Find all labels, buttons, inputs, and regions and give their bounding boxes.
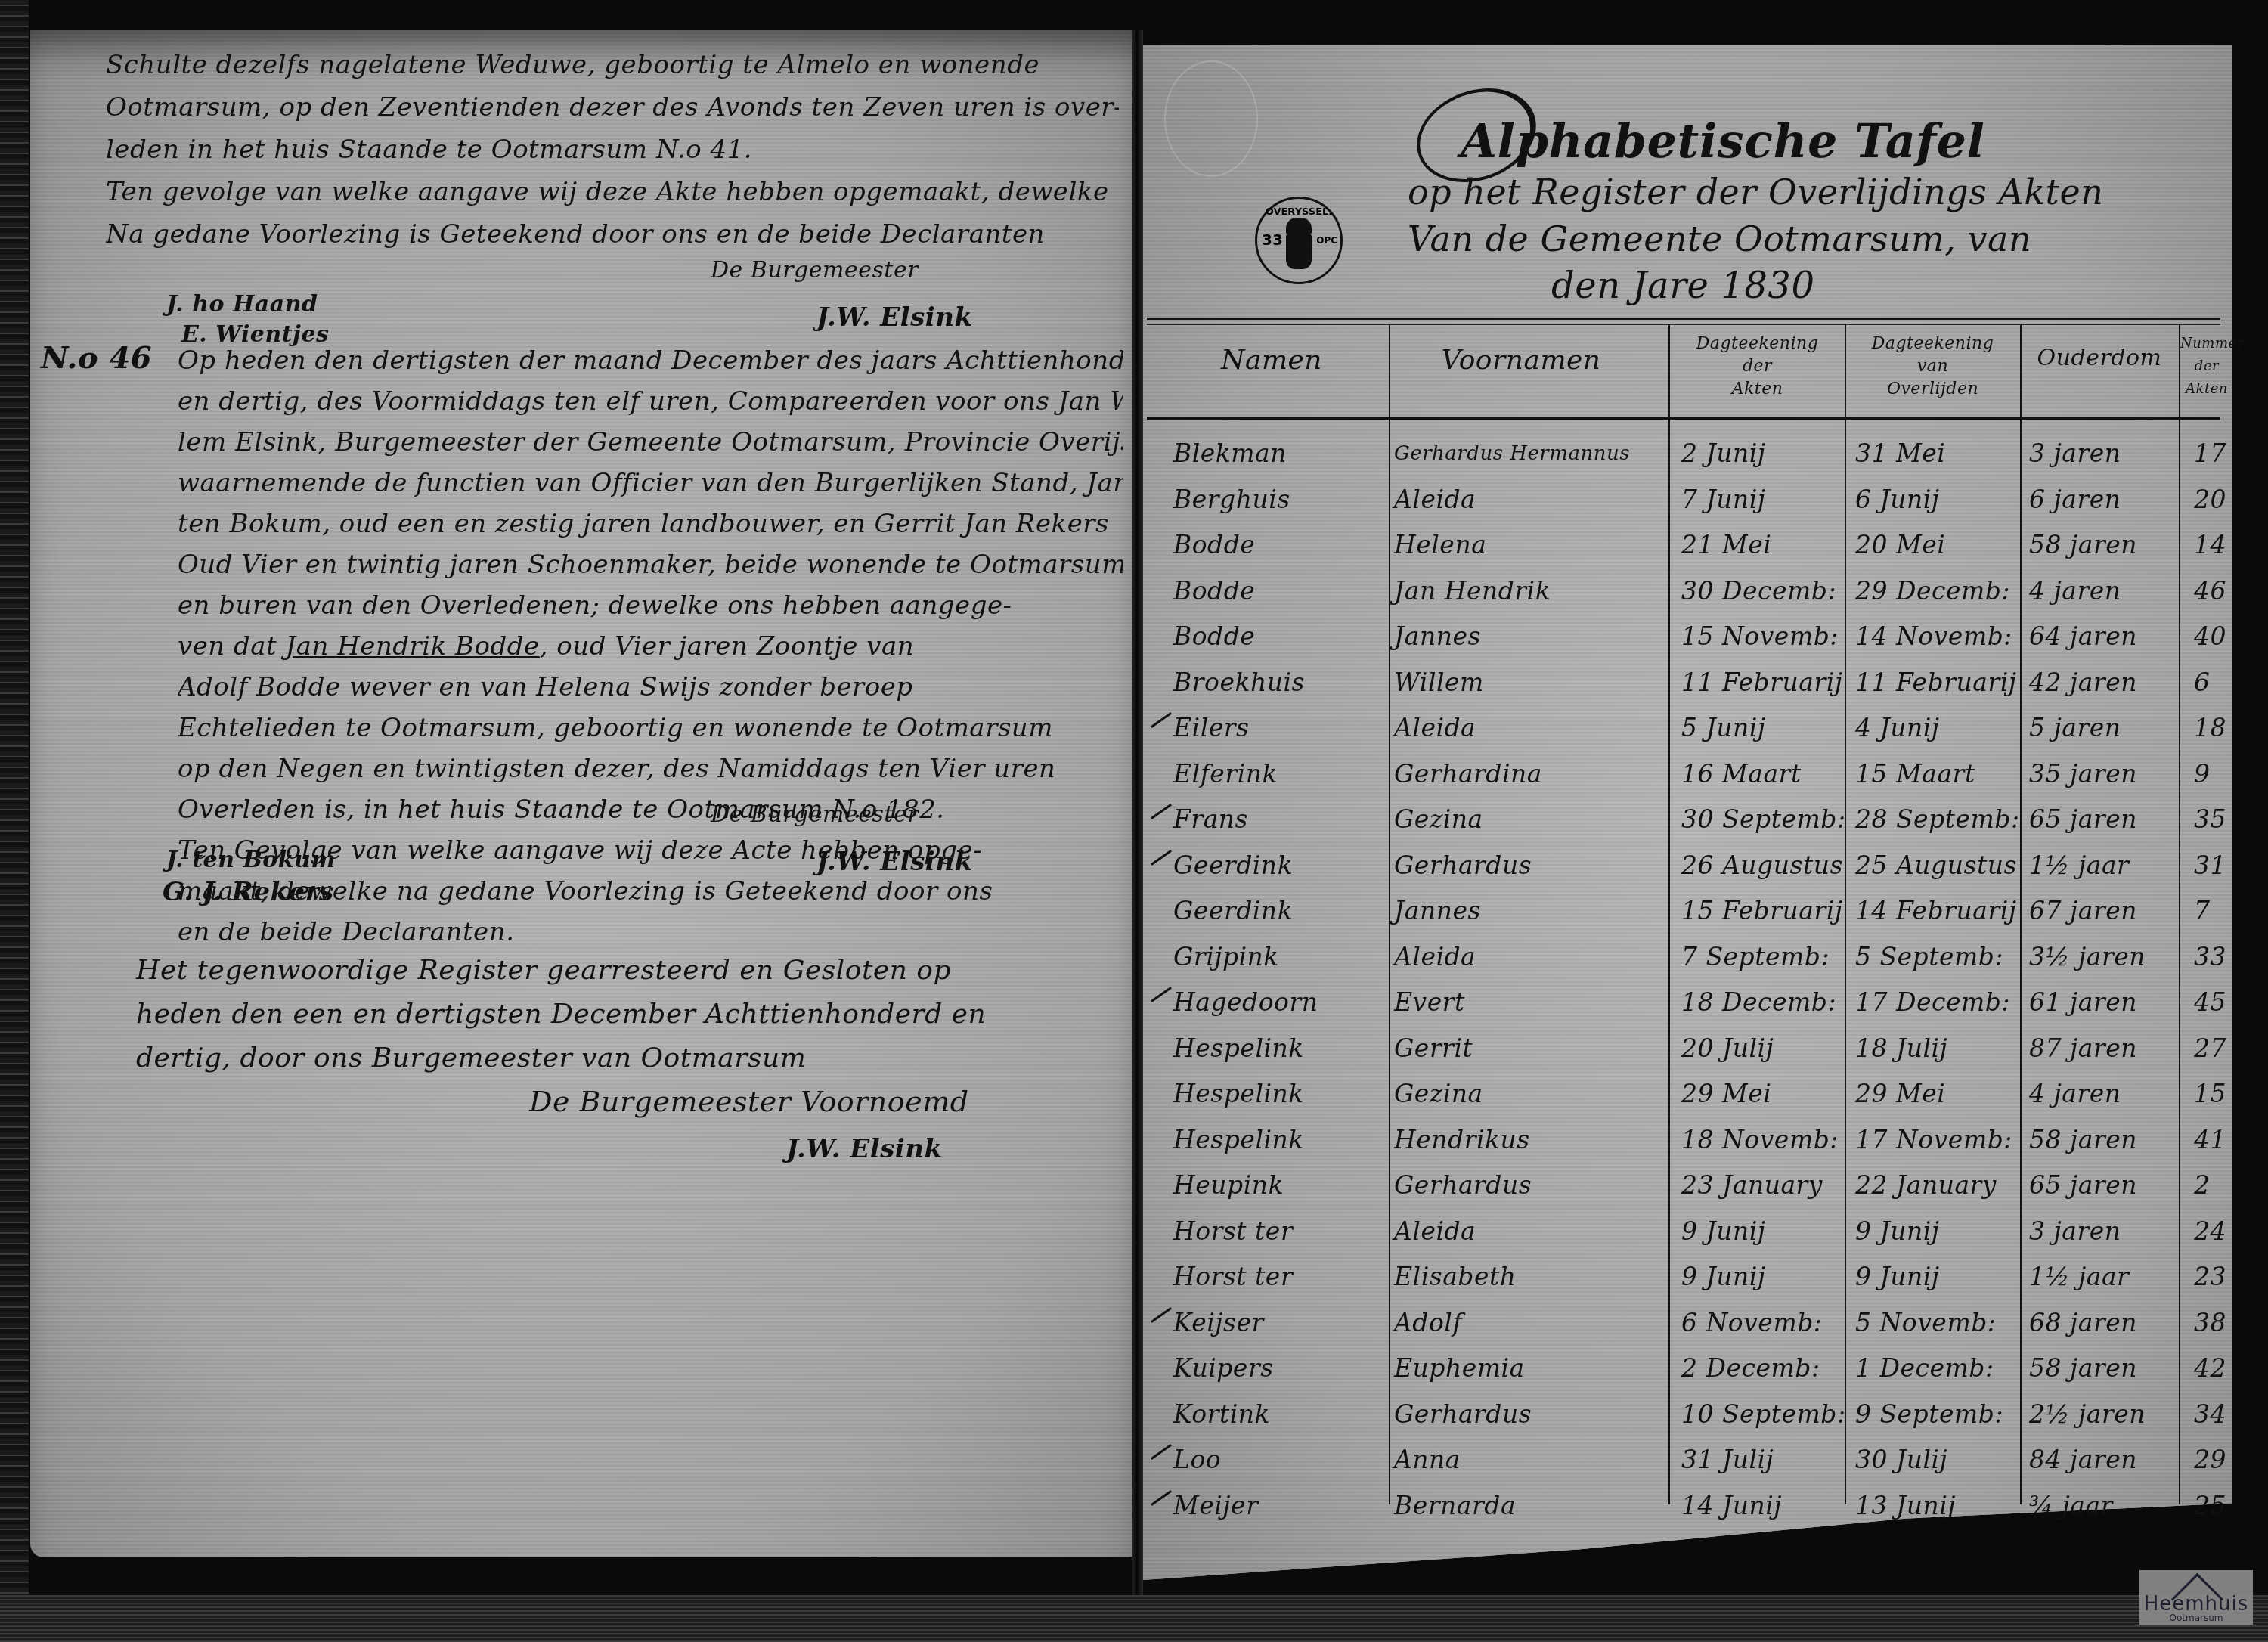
cell-surname: Elferink (1173, 751, 1278, 797)
cell-surname: Bodde (1173, 569, 1255, 614)
index-subtitle: op het Register der Overlijdings Akten (1408, 169, 2201, 215)
index-year: den Jare 1830 (1551, 262, 2201, 309)
cell-first-names: Aleida (1394, 705, 1476, 751)
header-line: van (1848, 355, 2018, 378)
table-row: HagedoornEvert18 Decemb:17 Decemb:61 jar… (1143, 980, 2232, 1025)
cell-first-names: Jannes (1394, 888, 1481, 934)
text-line: leden in het huis Staande te Ootmarsum N… (106, 129, 1119, 171)
cell-surname: Blekman (1173, 431, 1287, 476)
check-mark-icon (1151, 1490, 1172, 1506)
cell-age: 3 jaren (2029, 1209, 2121, 1254)
cell-age: 3½ jaren (2029, 934, 2146, 980)
crown-icon (1286, 218, 1312, 234)
cell-surname: Geerdink (1173, 888, 1293, 934)
cell-first-names: Gezina (1394, 797, 1483, 842)
text-line: ven dat Jan Hendrik Bodde, oud Vier jare… (178, 626, 1123, 667)
cell-deed-date: 11 Februarij (1681, 660, 1843, 705)
check-mark-icon (1151, 850, 1172, 866)
cell-surname: Heupink (1173, 1163, 1284, 1208)
table-row: MeijerBernarda14 Junij13 Junij¾ jaar25 (1143, 1483, 2232, 1529)
table-row: ElferinkGerhardina16 Maart15 Maart35 jar… (1143, 751, 2232, 797)
cell-deed-date: 2 Junij (1681, 431, 1766, 476)
text-line: Ten gevolge van welke aangave wij deze A… (106, 171, 1119, 213)
header-deed-number: Nummer der Akten (2180, 333, 2233, 401)
cell-age: 4 jaren (2029, 1071, 2121, 1117)
text-line: Overleden is, in het huis Staande te Oot… (178, 789, 1123, 830)
watermark-place: Ootmarsum (2139, 1613, 2253, 1623)
cell-first-names: Gerhardina (1394, 751, 1542, 797)
index-subtitle: Van de Gemeente Ootmarsum, van (1408, 215, 2201, 262)
cell-deed-number: 14 (2194, 522, 2226, 568)
header-line: Akten (2180, 378, 2233, 401)
table-row: KeijserAdolf6 Novemb:5 Novemb:68 jaren38 (1143, 1300, 2232, 1346)
cell-deed-number: 33 (2194, 934, 2226, 980)
cell-surname: Bodde (1173, 522, 1255, 568)
text-line: Adolf Bodde wever en van Helena Swijs zo… (178, 667, 1123, 708)
cell-death-date: 31 Mei (1855, 431, 1945, 476)
cell-deed-date: 9 Junij (1681, 1209, 1766, 1254)
cell-deed-date: 29 Mei (1681, 1071, 1771, 1117)
cell-deed-number: 29 (2194, 1437, 2226, 1482)
cell-deed-date: 30 Decemb: (1681, 569, 1836, 614)
table-row: BoddeJannes15 Novemb:14 Novemb:64 jaren4… (1143, 614, 2232, 659)
cell-death-date: 25 Augustus (1855, 843, 2017, 888)
header-line: Dagteekening (1848, 333, 2018, 355)
heemhuis-watermark: Heemhuis Ootmarsum (2139, 1570, 2253, 1625)
cell-surname: Loo (1173, 1437, 1221, 1482)
left-page: Schulte dezelfs nagelatene Weduwe, geboo… (30, 30, 1134, 1557)
cell-deed-number: 9 (2194, 751, 2211, 797)
text-line: Echtelieden te Ootmarsum, geboortig en w… (178, 708, 1123, 748)
text-line: Oud Vier en twintig jaren Schoenmaker, b… (178, 544, 1123, 585)
cell-death-date: 1 Decemb: (1855, 1346, 1994, 1391)
text-line: ten Bokum, oud een en zestig jaren landb… (178, 503, 1123, 544)
text-line: en dertig, des Voormiddags ten elf uren,… (178, 381, 1123, 422)
cell-surname: Horst ter (1173, 1254, 1293, 1300)
cell-death-date: 6 Junij (1855, 477, 1940, 522)
cell-first-names: Hendrikus (1394, 1117, 1530, 1163)
header-line: der (1672, 355, 1842, 378)
cell-first-names: Bernarda (1394, 1483, 1516, 1529)
cell-age: 6 jaren (2029, 477, 2121, 522)
signature-name-2: J.W. Elsink (816, 847, 973, 877)
text-line: op den Negen en twintigsten dezer, des N… (178, 748, 1123, 789)
cell-age: ¾ jaar (2029, 1483, 2113, 1529)
check-mark-icon (1151, 804, 1172, 819)
scan-bottom-edge (0, 1595, 2268, 1642)
cell-age: 58 jaren (2029, 522, 2137, 568)
cell-death-date: 5 Septemb: (1855, 934, 2003, 980)
cell-surname: Eilers (1173, 705, 1249, 751)
cell-first-names: Gezina (1394, 1071, 1483, 1117)
cell-death-date: 29 Mei (1855, 1071, 1945, 1117)
index-table: Namen Voornamen Dagteekening der Akten D… (1143, 318, 2232, 1527)
cell-first-names: Aleida (1394, 477, 1476, 522)
cell-deed-number: 23 (2194, 1254, 2226, 1300)
witness-signature: G. J. Rekers (163, 877, 334, 907)
cell-age: 5 jaren (2029, 705, 2121, 751)
cell-deed-date: 18 Novemb: (1681, 1117, 1839, 1163)
check-mark-icon (1151, 1307, 1172, 1323)
cell-surname: Meijer (1173, 1483, 1258, 1529)
cell-deed-number: 2 (2194, 1163, 2211, 1208)
book-gutter (1132, 30, 1143, 1610)
cell-surname: Horst ter (1173, 1209, 1293, 1254)
cell-first-names: Gerhardus Hermannus (1394, 431, 1630, 476)
cell-deed-number: 31 (2194, 843, 2226, 888)
cell-first-names: Aleida (1394, 1209, 1476, 1254)
header-deed-date: Dagteekening der Akten (1672, 333, 1842, 401)
cell-first-names: Gerhardus (1394, 1392, 1532, 1437)
cell-deed-number: 18 (2194, 705, 2226, 751)
cell-first-names: Jannes (1394, 614, 1481, 659)
cell-death-date: 15 Maart (1855, 751, 1975, 797)
cell-deed-date: 31 Julij (1681, 1437, 1774, 1482)
cell-deed-number: 17 (2194, 431, 2226, 476)
table-rule (1147, 318, 2220, 320)
cell-first-names: Jan Hendrik (1394, 569, 1551, 614)
header-line: Overlijden (1848, 378, 2018, 401)
cell-first-names: Helena (1394, 522, 1486, 568)
cell-age: 65 jaren (2029, 1163, 2137, 1208)
cell-deed-number: 15 (2194, 1071, 2226, 1117)
scan-edge (0, 0, 29, 1642)
text-line: heden den een en dertigsten December Ach… (136, 993, 1134, 1036)
table-row: BoddeJan Hendrik30 Decemb:29 Decemb:4 ja… (1143, 569, 2232, 614)
header-line: der (2180, 355, 2233, 378)
table-row: KuipersEuphemia2 Decemb:1 Decemb:58 jare… (1143, 1346, 2232, 1391)
cell-deed-date: 26 Augustus (1681, 843, 1843, 888)
header-ouderdom: Ouderdom (2024, 345, 2175, 371)
table-row: HeupinkGerhardus23 January22 January65 j… (1143, 1163, 2232, 1208)
cell-age: 1½ jaar (2029, 1254, 2129, 1300)
cell-surname: Berghuis (1173, 477, 1290, 522)
cell-deed-number: 38 (2194, 1300, 2226, 1346)
header-voornamen: Voornamen (1393, 345, 1650, 376)
cell-surname: Hespelink (1173, 1117, 1304, 1163)
cell-age: 35 jaren (2029, 751, 2137, 797)
cell-age: 3 jaren (2029, 431, 2121, 476)
cell-death-date: 11 Februarij (1855, 660, 2017, 705)
cell-death-date: 29 Decemb: (1855, 569, 2010, 614)
cell-first-names: Gerhardus (1394, 1163, 1532, 1208)
table-row: BoddeHelena21 Mei20 Mei58 jaren14 (1143, 522, 2232, 568)
cell-deed-date: 9 Junij (1681, 1254, 1766, 1300)
index-title-block: Alphabetische Tafel op het Register der … (1234, 113, 2201, 309)
cell-death-date: 30 Julij (1855, 1437, 1947, 1482)
table-row: HespelinkGezina29 Mei29 Mei4 jaren15 (1143, 1071, 2232, 1117)
cell-death-date: 9 Junij (1855, 1209, 1940, 1254)
cell-surname: Grijpink (1173, 934, 1279, 980)
text-fragment: ven dat (178, 631, 286, 661)
cell-surname: Broekhuis (1173, 660, 1305, 705)
cell-first-names: Evert (1394, 980, 1465, 1025)
text-line: Ootmarsum, op den Zeventienden dezer des… (106, 86, 1119, 129)
cell-death-date: 13 Junij (1855, 1483, 1956, 1529)
cell-age: 58 jaren (2029, 1117, 2137, 1163)
cell-deed-date: 21 Mei (1681, 522, 1771, 568)
cell-first-names: Euphemia (1394, 1346, 1525, 1391)
header-line: Nummer (2180, 333, 2233, 355)
witness-signature: J. ho Haand (166, 291, 318, 318)
cell-age: 61 jaren (2029, 980, 2137, 1025)
text-line: Op heden den dertigsten der maand Decemb… (178, 340, 1123, 381)
cell-first-names: Anna (1394, 1437, 1461, 1482)
table-row: GeerdinkJannes15 Februarij14 Februarij67… (1143, 888, 2232, 934)
cell-first-names: Willem (1394, 660, 1484, 705)
continuation-text: Schulte dezelfs nagelatene Weduwe, geboo… (106, 44, 1119, 256)
cell-first-names: Elisabeth (1394, 1254, 1516, 1300)
header-rule (1147, 417, 2220, 420)
table-rule (1147, 324, 2220, 325)
cell-deed-number: 20 (2194, 477, 2226, 522)
text-line: Het tegenwoordige Register gearresteerd … (136, 949, 1134, 993)
cell-surname: Kuipers (1173, 1346, 1274, 1391)
cell-deed-number: 41 (2194, 1117, 2226, 1163)
closing-signature-title: De Burgemeester Voornoemd (529, 1085, 969, 1118)
cell-deed-date: 18 Decemb: (1681, 980, 1836, 1025)
cell-age: 67 jaren (2029, 888, 2137, 934)
table-row: LooAnna31 Julij30 Julij84 jaren29 (1143, 1437, 2232, 1482)
cell-age: 1½ jaar (2029, 843, 2129, 888)
cell-deed-date: 15 Novemb: (1681, 614, 1839, 659)
act-number: N.o 46 (41, 340, 152, 376)
cell-age: 68 jaren (2029, 1300, 2137, 1346)
stamp-value: 33 (1262, 231, 1283, 249)
text-line: en de beide Declaranten. (178, 912, 1123, 953)
cell-deed-date: 15 Februarij (1681, 888, 1843, 934)
text-line: dertig, door ons Burgemeester van Ootmar… (136, 1036, 1134, 1080)
cell-death-date: 22 January (1855, 1163, 1997, 1208)
cell-death-date: 9 Septemb: (1855, 1392, 2003, 1437)
cell-age: 84 jaren (2029, 1437, 2137, 1482)
check-mark-icon (1151, 712, 1172, 728)
cell-deed-date: 2 Decemb: (1681, 1346, 1820, 1391)
cell-deed-number: 7 (2194, 888, 2211, 934)
cell-deed-date: 5 Junij (1681, 705, 1766, 751)
table-row: BroekhuisWillem11 Februarij11 Februarij4… (1143, 660, 2232, 705)
header-death-date: Dagteekening van Overlijden (1848, 333, 2018, 401)
text-fragment: , oud Vier jaren Zoontje van (540, 631, 914, 661)
cell-death-date: 4 Junij (1855, 705, 1940, 751)
check-mark-icon (1151, 1444, 1172, 1460)
cell-deed-date: 20 Julij (1681, 1026, 1774, 1071)
stamp-province: OVERYSSEL. (1257, 206, 1340, 218)
cell-surname: Kortink (1173, 1392, 1270, 1437)
cell-surname: Hagedoorn (1173, 980, 1318, 1025)
cell-death-date: 14 Februarij (1855, 888, 2017, 934)
cell-age: 65 jaren (2029, 797, 2137, 842)
table-row: Horst terAleida9 Junij9 Junij3 jaren24 (1143, 1209, 2232, 1254)
table-row: KortinkGerhardus10 Septemb:9 Septemb:2½ … (1143, 1392, 2232, 1437)
text-line: en buren van den Overledenen; dewelke on… (178, 585, 1123, 626)
cell-deed-number: 42 (2194, 1346, 2226, 1391)
text-line: Na gedane Voorlezing is Geteekend door o… (106, 213, 1119, 256)
table-row: HespelinkHendrikus18 Novemb:17 Novemb:58… (1143, 1117, 2232, 1163)
text-line: waarnemende de functien van Officier van… (178, 463, 1123, 503)
cell-death-date: 17 Decemb: (1855, 980, 2010, 1025)
cell-death-date: 18 Julij (1855, 1026, 1947, 1071)
cell-first-names: Gerhardus (1394, 843, 1532, 888)
cell-deed-date: 7 Septemb: (1681, 934, 1830, 980)
cell-age: 87 jaren (2029, 1026, 2137, 1071)
cell-deed-number: 45 (2194, 980, 2226, 1025)
cell-death-date: 9 Junij (1855, 1254, 1940, 1300)
signature-title-2: De Burgemeester (711, 801, 919, 828)
deceased-name: Jan Hendrik Bodde (286, 631, 540, 661)
cell-deed-number: 24 (2194, 1209, 2226, 1254)
table-row: HespelinkGerrit20 Julij18 Julij87 jaren2… (1143, 1026, 2232, 1071)
signature-title-1: De Burgemeester (711, 257, 919, 283)
cell-age: 64 jaren (2029, 614, 2137, 659)
cell-age: 4 jaren (2029, 569, 2121, 614)
table-row: GeerdinkGerhardus26 Augustus25 Augustus1… (1143, 843, 2232, 888)
overijssel-stamp: OVERYSSEL. 33 OPC (1255, 197, 1343, 284)
cell-deed-number: 27 (2194, 1026, 2226, 1071)
witness-signature: J. ten Bokum (166, 847, 336, 873)
cell-death-date: 20 Mei (1855, 522, 1945, 568)
cell-age: 42 jaren (2029, 660, 2137, 705)
header-line: Dagteekening (1672, 333, 1842, 355)
cell-deed-date: 30 Septemb: (1681, 797, 1846, 842)
table-row: BerghuisAleida7 Junij6 Junij6 jaren20 (1143, 477, 2232, 522)
cell-deed-number: 25 (2194, 1483, 2226, 1529)
lion-shield-icon (1286, 234, 1312, 269)
cell-deed-date: 10 Septemb: (1681, 1392, 1846, 1437)
stamp-denomination: OPC (1316, 235, 1337, 246)
table-row: BlekmanGerhardus Hermannus2 Junij31 Mei3… (1143, 431, 2232, 476)
table-row: Horst terElisabeth9 Junij9 Junij1½ jaar2… (1143, 1254, 2232, 1300)
cell-age: 58 jaren (2029, 1346, 2137, 1391)
cell-surname: Hespelink (1173, 1026, 1304, 1071)
cell-deed-number: 6 (2194, 660, 2211, 705)
cell-deed-date: 23 January (1681, 1163, 1823, 1208)
cell-deed-date: 7 Junij (1681, 477, 1766, 522)
header-namen: Namen (1173, 345, 1370, 376)
check-mark-icon (1151, 987, 1172, 1002)
cell-deed-date: 16 Maart (1681, 751, 1802, 797)
cell-surname: Geerdink (1173, 843, 1293, 888)
cell-surname: Keijser (1173, 1300, 1264, 1346)
cell-death-date: 5 Novemb: (1855, 1300, 1996, 1346)
cell-deed-date: 14 Junij (1681, 1483, 1782, 1529)
cell-age: 2½ jaren (2029, 1392, 2146, 1437)
cell-first-names: Adolf (1394, 1300, 1462, 1346)
cell-death-date: 17 Novemb: (1855, 1117, 2012, 1163)
cell-death-date: 28 Septemb: (1855, 797, 2020, 842)
cell-deed-number: 34 (2194, 1392, 2226, 1437)
index-title: Alphabetische Tafel (1461, 113, 2201, 169)
closing-statement: Het tegenwoordige Register gearresteerd … (136, 949, 1134, 1080)
header-line: Akten (1672, 378, 1842, 401)
table-row: GrijpinkAleida7 Septemb:5 Septemb:3½ jar… (1143, 934, 2232, 980)
cell-surname: Hespelink (1173, 1071, 1304, 1117)
table-row: FransGezina30 Septemb:28 Septemb:65 jare… (1143, 797, 2232, 842)
cell-surname: Frans (1173, 797, 1248, 842)
text-line: lem Elsink, Burgemeester der Gemeente Oo… (178, 422, 1123, 463)
cell-deed-number: 40 (2194, 614, 2226, 659)
embossed-seal (1164, 60, 1258, 177)
cell-deed-number: 46 (2194, 569, 2226, 614)
text-line: Schulte dezelfs nagelatene Weduwe, geboo… (106, 44, 1119, 86)
table-row: EilersAleida5 Junij4 Junij5 jaren18 (1143, 705, 2232, 751)
cell-first-names: Aleida (1394, 934, 1476, 980)
cell-death-date: 14 Novemb: (1855, 614, 2012, 659)
cell-surname: Bodde (1173, 614, 1255, 659)
cell-first-names: Gerrit (1394, 1026, 1473, 1071)
signature-name-1: J.W. Elsink (816, 302, 973, 333)
cell-deed-date: 6 Novemb: (1681, 1300, 1822, 1346)
cell-deed-number: 35 (2194, 797, 2226, 842)
closing-signature-name: J.W. Elsink (786, 1134, 943, 1164)
